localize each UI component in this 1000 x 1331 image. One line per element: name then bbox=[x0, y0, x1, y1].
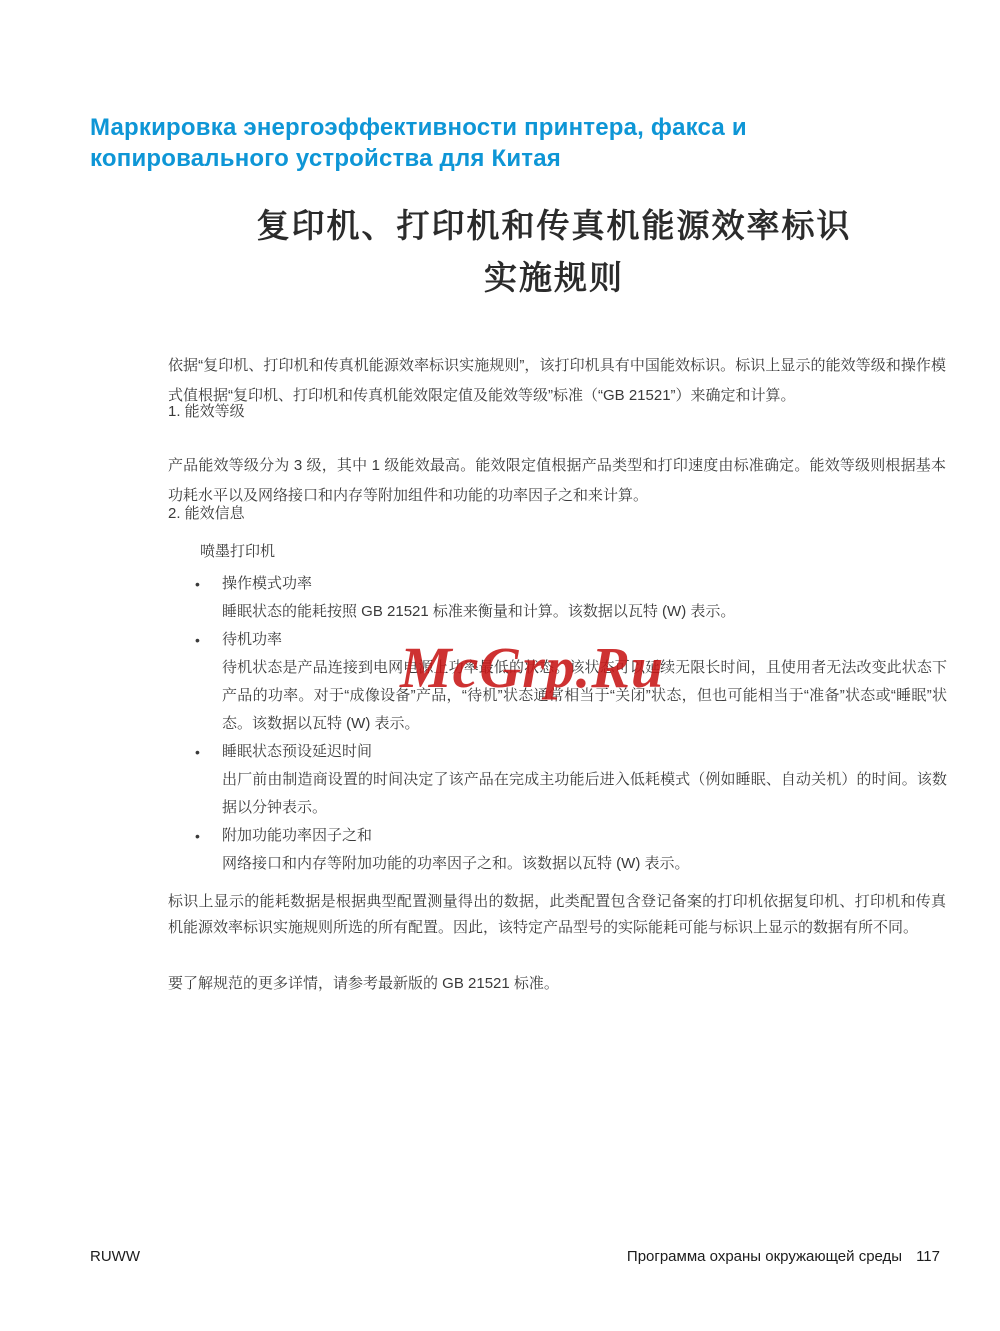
closing-paragraph: 标识上显示的能耗数据是根据典型配置测量得出的数据，此类配置包含登记备案的打印机依… bbox=[168, 889, 946, 941]
energy-info-list: • 操作模式功率 睡眠状态的能耗按照 GB 21521 标准来衡量和计算。该数据… bbox=[195, 570, 947, 878]
footer-page-number: 117 bbox=[916, 1248, 940, 1265]
bullet-icon: • bbox=[195, 738, 222, 766]
list-item-content: 睡眠状态预设延迟时间 出厂前由制造商设置的时间决定了该产品在完成主功能后进入低耗… bbox=[222, 738, 947, 822]
list-item-title: 待机功率 bbox=[222, 626, 947, 654]
bullet-icon: • bbox=[195, 822, 222, 850]
list-item-title: 睡眠状态预设延迟时间 bbox=[222, 738, 947, 766]
list-item-title: 附加功能功率因子之和 bbox=[222, 822, 947, 850]
list-item: • 附加功能功率因子之和 网络接口和内存等附加功能的功率因子之和。该数据以瓦特 … bbox=[195, 822, 947, 878]
list-item-body: 出厂前由制造商设置的时间决定了该产品在完成主功能后进入低耗模式（例如睡眠、自动关… bbox=[222, 766, 947, 822]
page-title: Маркировка энергоэффективности принтера,… bbox=[90, 112, 860, 174]
document-page: Маркировка энергоэффективности принтера,… bbox=[0, 0, 1000, 1331]
list-item: • 待机功率 待机状态是产品连接到电网电源上功率最低的状态。该状态可以延续无限长… bbox=[195, 626, 947, 738]
list-item-body: 网络接口和内存等附加功能的功率因子之和。该数据以瓦特 (W) 表示。 bbox=[222, 850, 947, 878]
list-item-content: 待机功率 待机状态是产品连接到电网电源上功率最低的状态。该状态可以延续无限长时间… bbox=[222, 626, 947, 738]
section1-heading: 1. 能效等级 bbox=[168, 400, 768, 421]
reference-note: 要了解规范的更多详情，请参考最新版的 GB 21521 标准。 bbox=[168, 971, 946, 997]
footer-section-title: Программа охраны окружающей среды bbox=[627, 1248, 902, 1265]
list-item-body: 睡眠状态的能耗按照 GB 21521 标准来衡量和计算。该数据以瓦特 (W) 表… bbox=[222, 598, 947, 626]
list-item-content: 操作模式功率 睡眠状态的能耗按照 GB 21521 标准来衡量和计算。该数据以瓦… bbox=[222, 570, 947, 626]
doc-title-line2: 实施规则 bbox=[168, 252, 940, 299]
footer-right: Программа охраны окружающей среды 117 bbox=[627, 1248, 940, 1265]
list-item-content: 附加功能功率因子之和 网络接口和内存等附加功能的功率因子之和。该数据以瓦特 (W… bbox=[222, 822, 947, 878]
list-item: • 睡眠状态预设延迟时间 出厂前由制造商设置的时间决定了该产品在完成主功能后进入… bbox=[195, 738, 947, 822]
list-item-body: 待机状态是产品连接到电网电源上功率最低的状态。该状态可以延续无限长时间，且使用者… bbox=[222, 654, 947, 738]
list-item-title: 操作模式功率 bbox=[222, 570, 947, 598]
section2-heading: 2. 能效信息 bbox=[168, 502, 768, 523]
list-item: • 操作模式功率 睡眠状态的能耗按照 GB 21521 标准来衡量和计算。该数据… bbox=[195, 570, 947, 626]
footer-ruww-label: RUWW bbox=[90, 1248, 140, 1265]
printer-type-label: 喷墨打印机 bbox=[200, 540, 275, 561]
bullet-icon: • bbox=[195, 570, 222, 598]
bullet-icon: • bbox=[195, 626, 222, 654]
doc-title-line1: 复印机、打印机和传真机能源效率标识 bbox=[168, 200, 940, 247]
